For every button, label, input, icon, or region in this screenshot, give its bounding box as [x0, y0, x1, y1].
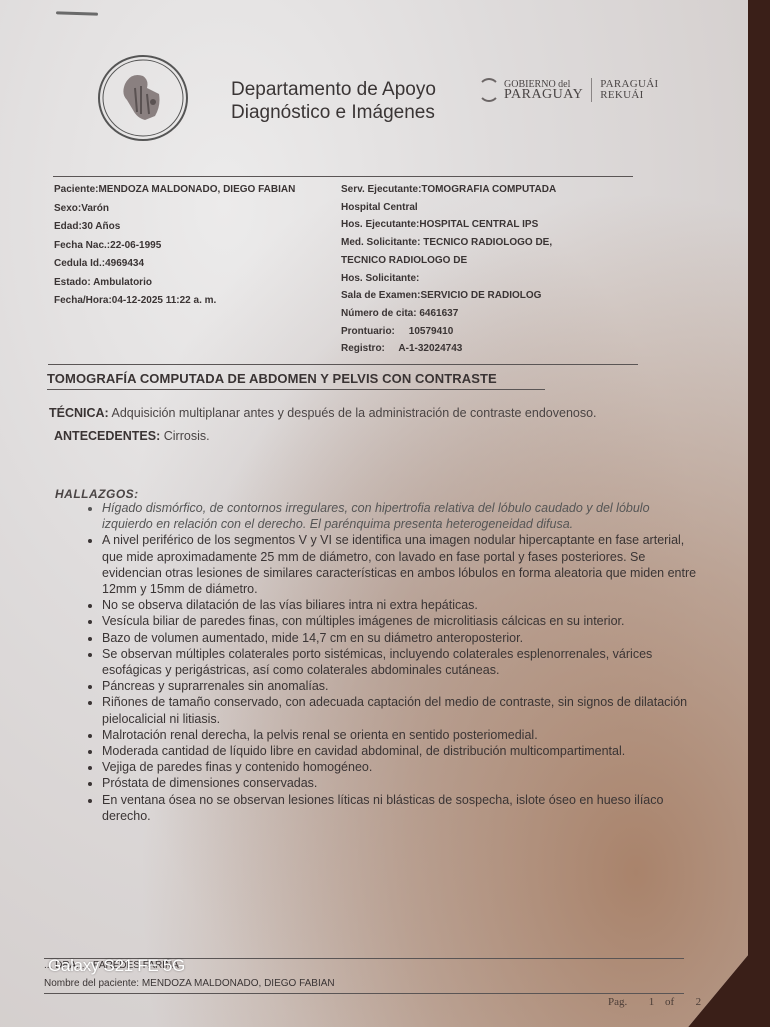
list-item: Moderada cantidad de líquido libre en ca…: [102, 743, 702, 759]
page-number: Pag. 1 of 2: [608, 996, 701, 1008]
document-page: Departamento de Apoyo Diagnóstico e Imág…: [0, 0, 748, 1027]
list-item: Se observan múltiples colaterales porto …: [102, 646, 702, 678]
patient-info-left: Paciente:MENDOZA MALDONADO, DIEGO FABIAN…: [54, 181, 295, 311]
list-item: Hígado dismórfico, de contornos irregula…: [102, 500, 702, 532]
camera-watermark: Galaxy S21 FE 5G: [48, 956, 185, 976]
exam-info-right: Serv. Ejecutante:TOMOGRAFIA COMPUTADA Ho…: [341, 181, 556, 358]
list-item: A nivel periférico de los segmentos V y …: [102, 532, 702, 597]
findings-list: Hígado dismórfico, de contornos irregula…: [60, 500, 702, 824]
department-title: Departamento de Apoyo Diagnóstico e Imág…: [231, 78, 436, 124]
staple: [56, 11, 98, 15]
divider: [53, 176, 633, 177]
hallazgos-heading: HALLAZGOS:: [55, 487, 139, 501]
footer-patient-name: Nombre del paciente: MENDOZA MALDONADO, …: [44, 978, 335, 989]
divider: [44, 993, 684, 994]
government-seal-icon: [478, 78, 500, 102]
report-title: TOMOGRAFÍA COMPUTADA DE ABDOMEN Y PELVIS…: [47, 371, 497, 386]
divider: [591, 78, 592, 102]
ips-logo-icon: [97, 54, 189, 142]
list-item: Vejiga de paredes finas y contenido homo…: [102, 759, 702, 775]
list-item: Vesícula biliar de paredes finas, con mú…: [102, 613, 702, 629]
list-item: En ventana ósea no se observan lesiones …: [102, 792, 702, 824]
list-item: No se observa dilatación de las vías bil…: [102, 597, 702, 613]
divider: [48, 364, 638, 365]
title-underline: [47, 389, 545, 390]
tecnica-section: TÉCNICA: Adquisición multiplanar antes y…: [49, 405, 609, 422]
list-item: Páncreas y suprarrenales sin anomalías.: [102, 678, 702, 694]
list-item: Próstata de dimensiones conservadas.: [102, 775, 702, 791]
list-item: Riñones de tamaño conservado, con adecua…: [102, 694, 702, 726]
antecedentes-section: ANTECEDENTES: Cirrosis.: [54, 429, 210, 443]
list-item: Bazo de volumen aumentado, mide 14,7 cm …: [102, 630, 702, 646]
list-item: Malrotación renal derecha, la pelvis ren…: [102, 727, 702, 743]
government-logo: GOBIERNO del PARAGUAY PARAGUÁI REKUÁI: [478, 78, 658, 102]
